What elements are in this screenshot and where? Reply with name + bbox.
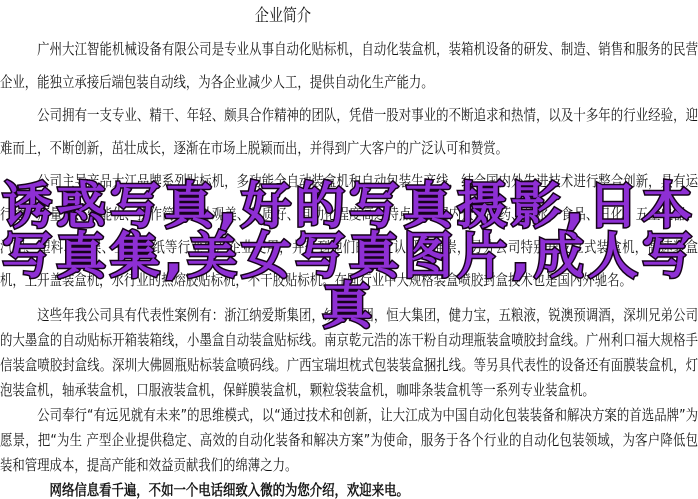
closing-call-to-action: 网络信息看千遍，不如一个电话细致入微的为您介绍，欢迎来电。 bbox=[0, 478, 698, 499]
paragraph-team: 公司拥有一支专业、精干、年轻、颇具合作精神的团队，凭借一股对事业的不断追求和热情… bbox=[0, 99, 698, 165]
paragraph-company-overview: 广州大江智能机械设备有限公司是专业从事自动化贴标机，自动化装盒机，装箱机设备的研… bbox=[0, 33, 698, 99]
document-page: 企业简介 广州大江智能机械设备有限公司是专业从事自动化贴标机，自动化装盒机，装箱… bbox=[0, 0, 698, 499]
paragraph-cases: 这些年我公司具有代表性案例有：浙江纳爱斯集团，统一集团，恒大集团，健力宝，五粮液… bbox=[0, 303, 698, 403]
company-profile-document: 企业简介 广州大江智能机械设备有限公司是专业从事自动化贴标机，自动化装盒机，装箱… bbox=[0, 0, 698, 499]
page-title: 企业简介 bbox=[0, 0, 698, 33]
paragraph-vision: 公司奉行“有远见就有未来”的思维模式，以“通过技术和创新，让大江成为中国自动化包… bbox=[0, 403, 698, 478]
paragraph-products: 公司主导产品大江品牌系列贴标机，多功能全自动装盒机和自动包装生产线，结合国内外先… bbox=[0, 165, 698, 297]
